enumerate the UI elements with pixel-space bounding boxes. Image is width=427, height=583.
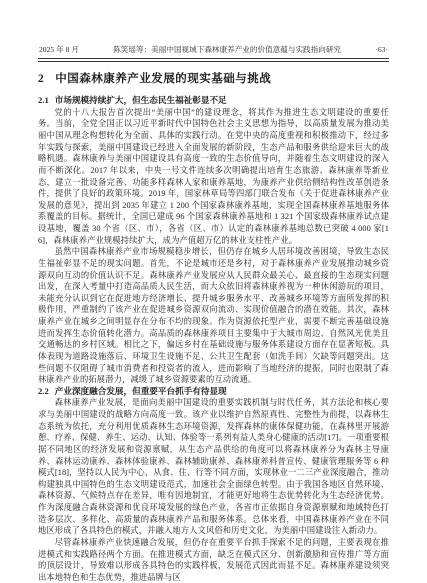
subsection-number: 2.1 (38, 95, 49, 105)
paragraph: 党的十八大报告首次提出“美丽中国”的建设理念，将其作为推进生态文明建设的重要任务… (38, 107, 389, 247)
paper-page: 2025 年 8 月 陈笑瑶等：美丽中国视域下森林康养产业的价值意蕴与实践指向研… (0, 0, 427, 583)
subsection-number: 2.2 (38, 386, 49, 396)
journal-date: 2025 年 8 月 (39, 45, 79, 55)
subsection-title: 市场规模持续扩大，但生态民生福祉彰显不足 (55, 95, 227, 105)
paragraph: 虽然中国森林康养产业市场规模稳步增长，但仍存在城乡人居环境改善困境，导致生态民生… (38, 246, 389, 386)
subsection-heading-2-1: 2.1市场规模持续扩大，但生态民生福祉彰显不足 (38, 95, 389, 107)
section-number: 2 (38, 73, 44, 85)
subsection-heading-2-2: 2.2产业深度融合发展，但重要平台抓手有待显现 (38, 386, 389, 398)
header-double-rule (38, 58, 389, 62)
paragraph: 森林康养产业发展，是面向美丽中国建设的重要实践机制与时代任务，其方法论和核心要求… (38, 397, 389, 537)
paragraph: 尽管森林康养产业快速融合发展，但仍存在重要平台抓手探索不足的问题，主要表现在推进… (38, 537, 389, 583)
running-header: 2025 年 8 月 陈笑瑶等：美丽中国视域下森林康养产业的价值意蕴与实践指向研… (38, 45, 389, 58)
section-heading: 2中国森林康养产业发展的现实基础与挑战 (38, 70, 389, 86)
section-title: 中国森林康养产业发展的现实基础与挑战 (55, 73, 271, 85)
running-title: 陈笑瑶等：美丽中国视域下森林康养产业的价值意蕴与实践指向研究 (79, 45, 375, 55)
subsection-title: 产业深度融合发展，但重要平台抓手有待显现 (55, 386, 227, 396)
page-number: ·63· (375, 45, 388, 55)
